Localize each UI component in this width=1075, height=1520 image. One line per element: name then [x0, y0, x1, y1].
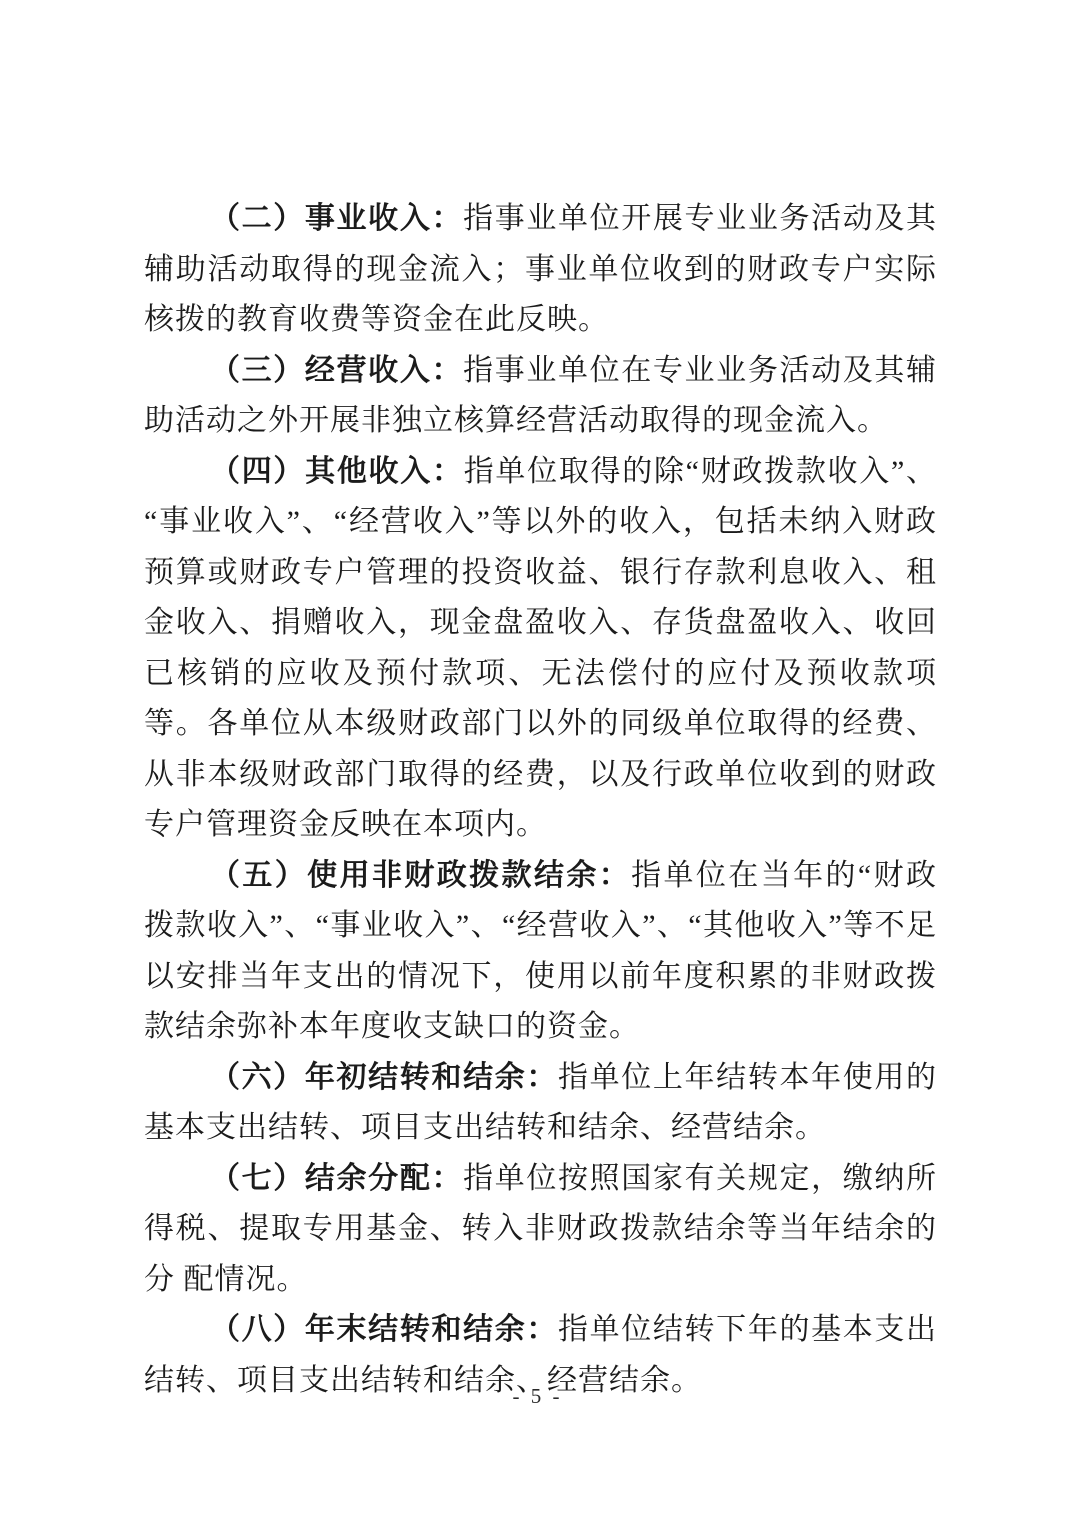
paragraph-heading: （六）年初结转和结余：	[210, 1061, 558, 1094]
paragraph: （六）年初结转和结余：指单位上年结转本年使用的基本支出结转、项目支出结转和结余、…	[144, 1053, 937, 1154]
page-number: - 5 -	[0, 1384, 1075, 1409]
paragraph: （三）经营收入：指事业单位在专业业务活动及其辅助活动之外开展非独立核算经营活动取…	[144, 346, 937, 447]
paragraph-heading: （七）结余分配：	[210, 1162, 463, 1195]
paragraph-heading: （五）使用非财政拨款结余：	[210, 859, 631, 892]
paragraph: （二）事业收入：指事业单位开展专业业务活动及其辅助活动取得的现金流入；事业单位收…	[144, 194, 937, 346]
document-page: （二）事业收入：指事业单位开展专业业务活动及其辅助活动取得的现金流入；事业单位收…	[0, 0, 1075, 1520]
paragraph-heading: （八）年末结转和结余：	[210, 1313, 558, 1346]
paragraph-text: 指单位取得的除“财政拨款收入”、“事业收入”、“经营收入”等以外的收入，包括未纳…	[144, 455, 937, 842]
paragraph: （七）结余分配：指单位按照国家有关规定，缴纳所得税、提取专用基金、转入非财政拨款…	[144, 1154, 937, 1306]
paragraph-heading: （二）事业收入：	[210, 202, 463, 235]
paragraph: （五）使用非财政拨款结余：指单位在当年的“财政拨款收入”、“事业收入”、“经营收…	[144, 851, 937, 1053]
paragraph-heading: （四）其他收入：	[210, 455, 464, 488]
document-body: （二）事业收入：指事业单位开展专业业务活动及其辅助活动取得的现金流入；事业单位收…	[144, 194, 937, 1406]
paragraph-heading: （三）经营收入：	[210, 354, 463, 387]
paragraph: （四）其他收入：指单位取得的除“财政拨款收入”、“事业收入”、“经营收入”等以外…	[144, 447, 937, 851]
